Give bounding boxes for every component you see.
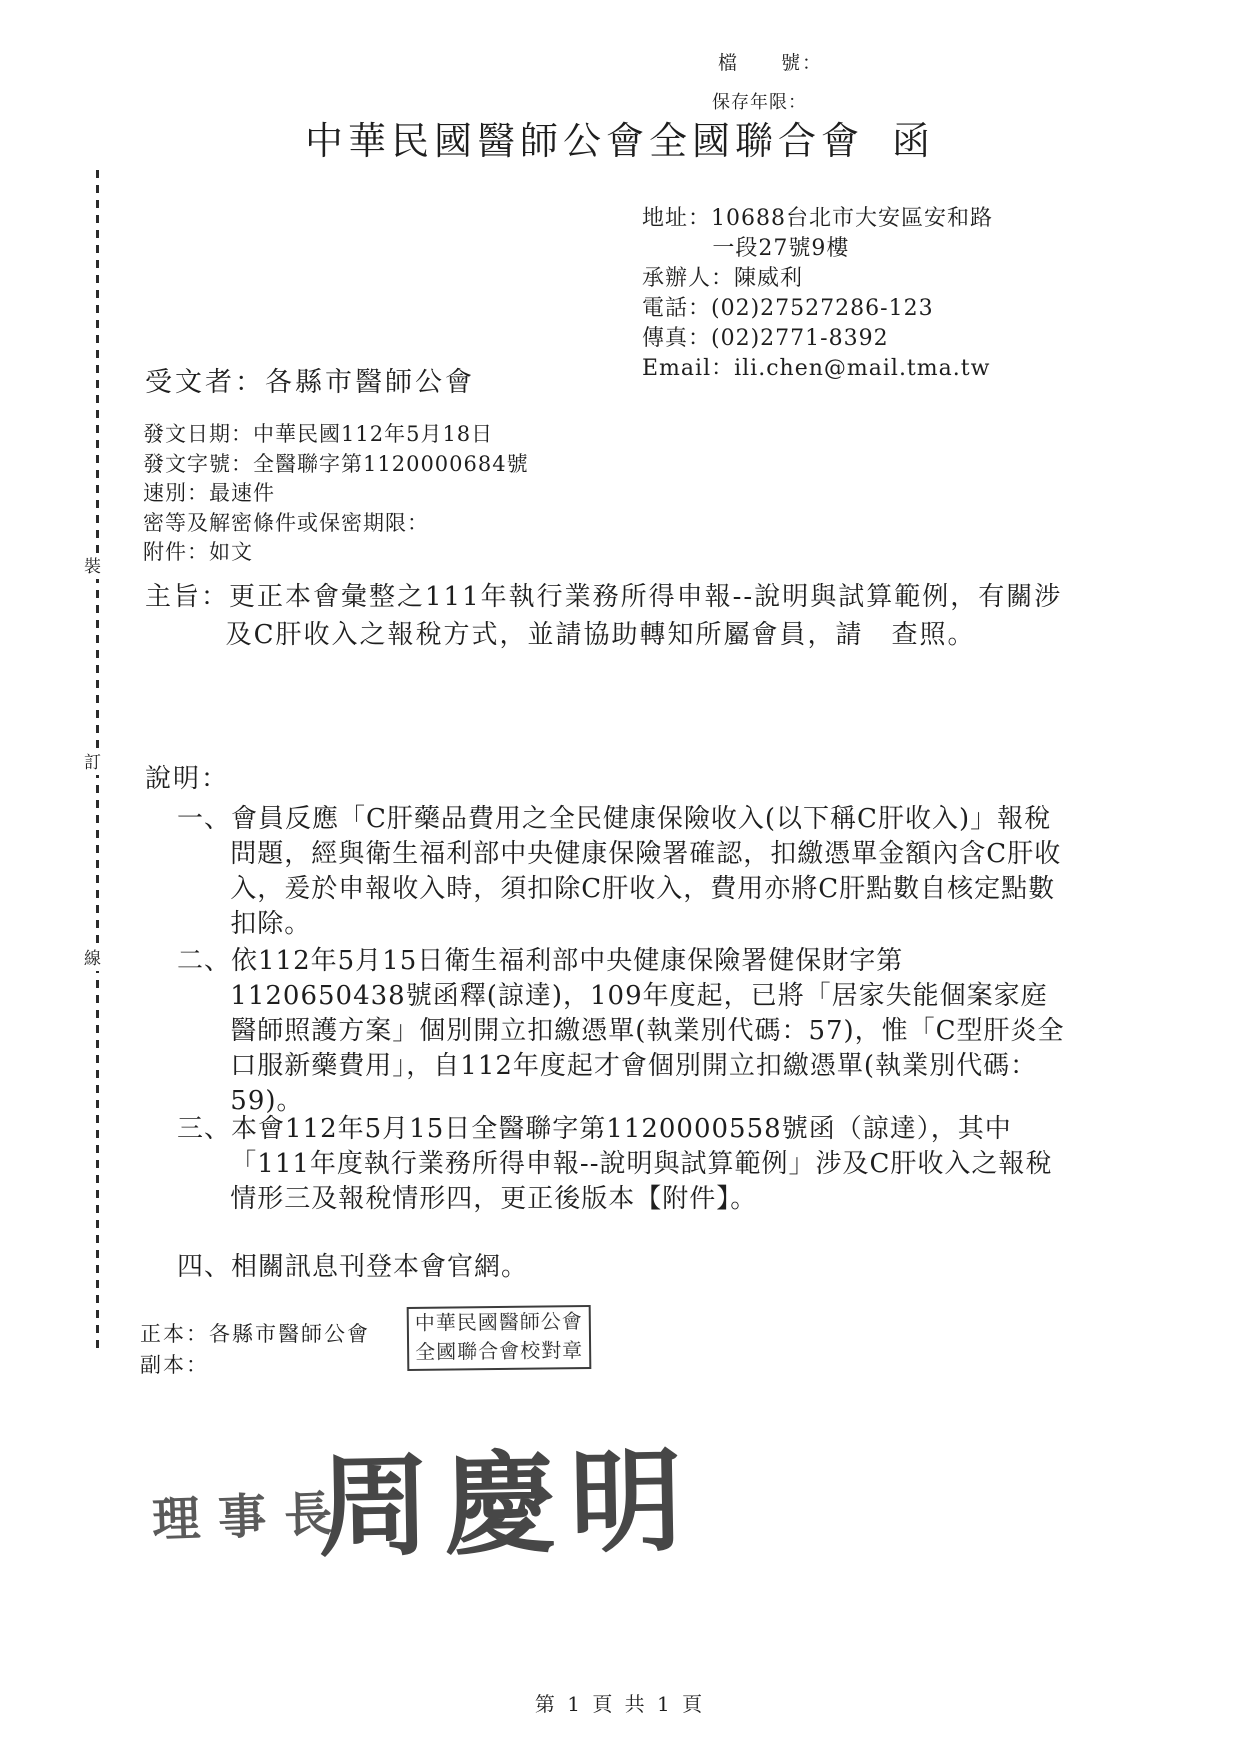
document-title: 中華民國醫師公會全國聯合會函 <box>0 110 1240 165</box>
contact-fax: 傳真：(02)2771-8392 <box>642 324 1010 354</box>
meta-security: 密等及解密條件或保密期限： <box>143 509 529 539</box>
item-text: 本會112年5月15日全醫聯字第1120000558號函（諒達），其中「111年… <box>230 1114 1052 1214</box>
recipient-line: 受文者：各縣市醫師公會 <box>145 360 475 399</box>
subject-label: 主旨： <box>145 582 229 612</box>
item-text: 會員反應「C肝藥品費用之全民健康保險收入(以下稱C肝收入)」報稅問題，經與衛生福… <box>230 804 1061 939</box>
contact-block: 地址：10688台北市大安區安和路一段27號9樓 承辦人：陳威利 電話：(02)… <box>642 204 1010 384</box>
binding-mark-ding: 訂 <box>84 752 101 775</box>
contact-person: 承辦人：陳威利 <box>642 264 1010 294</box>
stamp-line-1: 中華民國醫師公會 <box>409 1307 589 1338</box>
item-number: 三、 <box>177 1114 231 1144</box>
meta-doc-number: 發文字號：全醫聯字第1120000684號 <box>143 450 529 480</box>
explanation-item-2: 二、依112年5月15日衛生福利部中央健康保險署健保財字第1120650438號… <box>177 944 1066 1119</box>
chairman-signature-name: 周慶明 <box>317 1435 697 1576</box>
contact-phone: 電話：(02)27527286-123 <box>642 294 1010 324</box>
item-number: 一、 <box>177 804 231 834</box>
item-number: 四、 <box>177 1252 231 1282</box>
item-text: 依112年5月15日衛生福利部中央健康保險署健保財字第1120650438號函釋… <box>230 946 1064 1116</box>
meta-issue-date: 發文日期：中華民國112年5月18日 <box>143 420 529 450</box>
document-meta-block: 發文日期：中華民國112年5月18日 發文字號：全醫聯字第1120000684號… <box>143 420 529 568</box>
cc-copy-line: 副本： <box>140 1349 209 1379</box>
contact-email: Email：ili.chen@mail.tma.tw <box>642 354 1010 384</box>
explanation-label: 說明： <box>145 758 229 795</box>
contact-address: 地址：10688台北市大安區安和路一段27號9樓 <box>642 204 1010 264</box>
document-type-letter: 函 <box>892 119 935 163</box>
item-text: 相關訊息刊登本會官網。 <box>231 1252 528 1282</box>
original-copy-line: 正本：各縣市醫師公會 <box>140 1318 370 1348</box>
file-number-label: 檔 號： <box>718 48 823 75</box>
verification-stamp: 中華民國醫師公會 全國聯合會校對章 <box>407 1305 592 1371</box>
item-number: 二、 <box>177 946 231 976</box>
stamp-line-2: 全國聯合會校對章 <box>409 1336 589 1367</box>
page-footer: 第 1 頁 共 1 頁 <box>0 1688 1240 1717</box>
binding-mark-xian: 線 <box>84 948 101 971</box>
subject-text: 更正本會彙整之111年執行業務所得申報--說明與試算範例，有關涉及C肝收入之報稅… <box>226 582 1063 650</box>
organization-name: 中華民國醫師公會全國聯合會 <box>305 119 864 163</box>
explanation-item-3: 三、本會112年5月15日全醫聯字第1120000558號函（諒達），其中「11… <box>177 1112 1066 1217</box>
binding-mark-zhuang: 裝 <box>84 556 101 579</box>
meta-attachment: 附件：如文 <box>143 538 529 568</box>
explanation-item-4: 四、相關訊息刊登本會官網。 <box>177 1250 1066 1285</box>
subject-paragraph: 主旨：更正本會彙整之111年執行業務所得申報--說明與試算範例，有關涉及C肝收入… <box>145 578 1082 654</box>
meta-speed: 速別：最速件 <box>143 479 529 509</box>
explanation-item-1: 一、會員反應「C肝藥品費用之全民健康保險收入(以下稱C肝收入)」報稅問題，經與衛… <box>177 802 1066 942</box>
